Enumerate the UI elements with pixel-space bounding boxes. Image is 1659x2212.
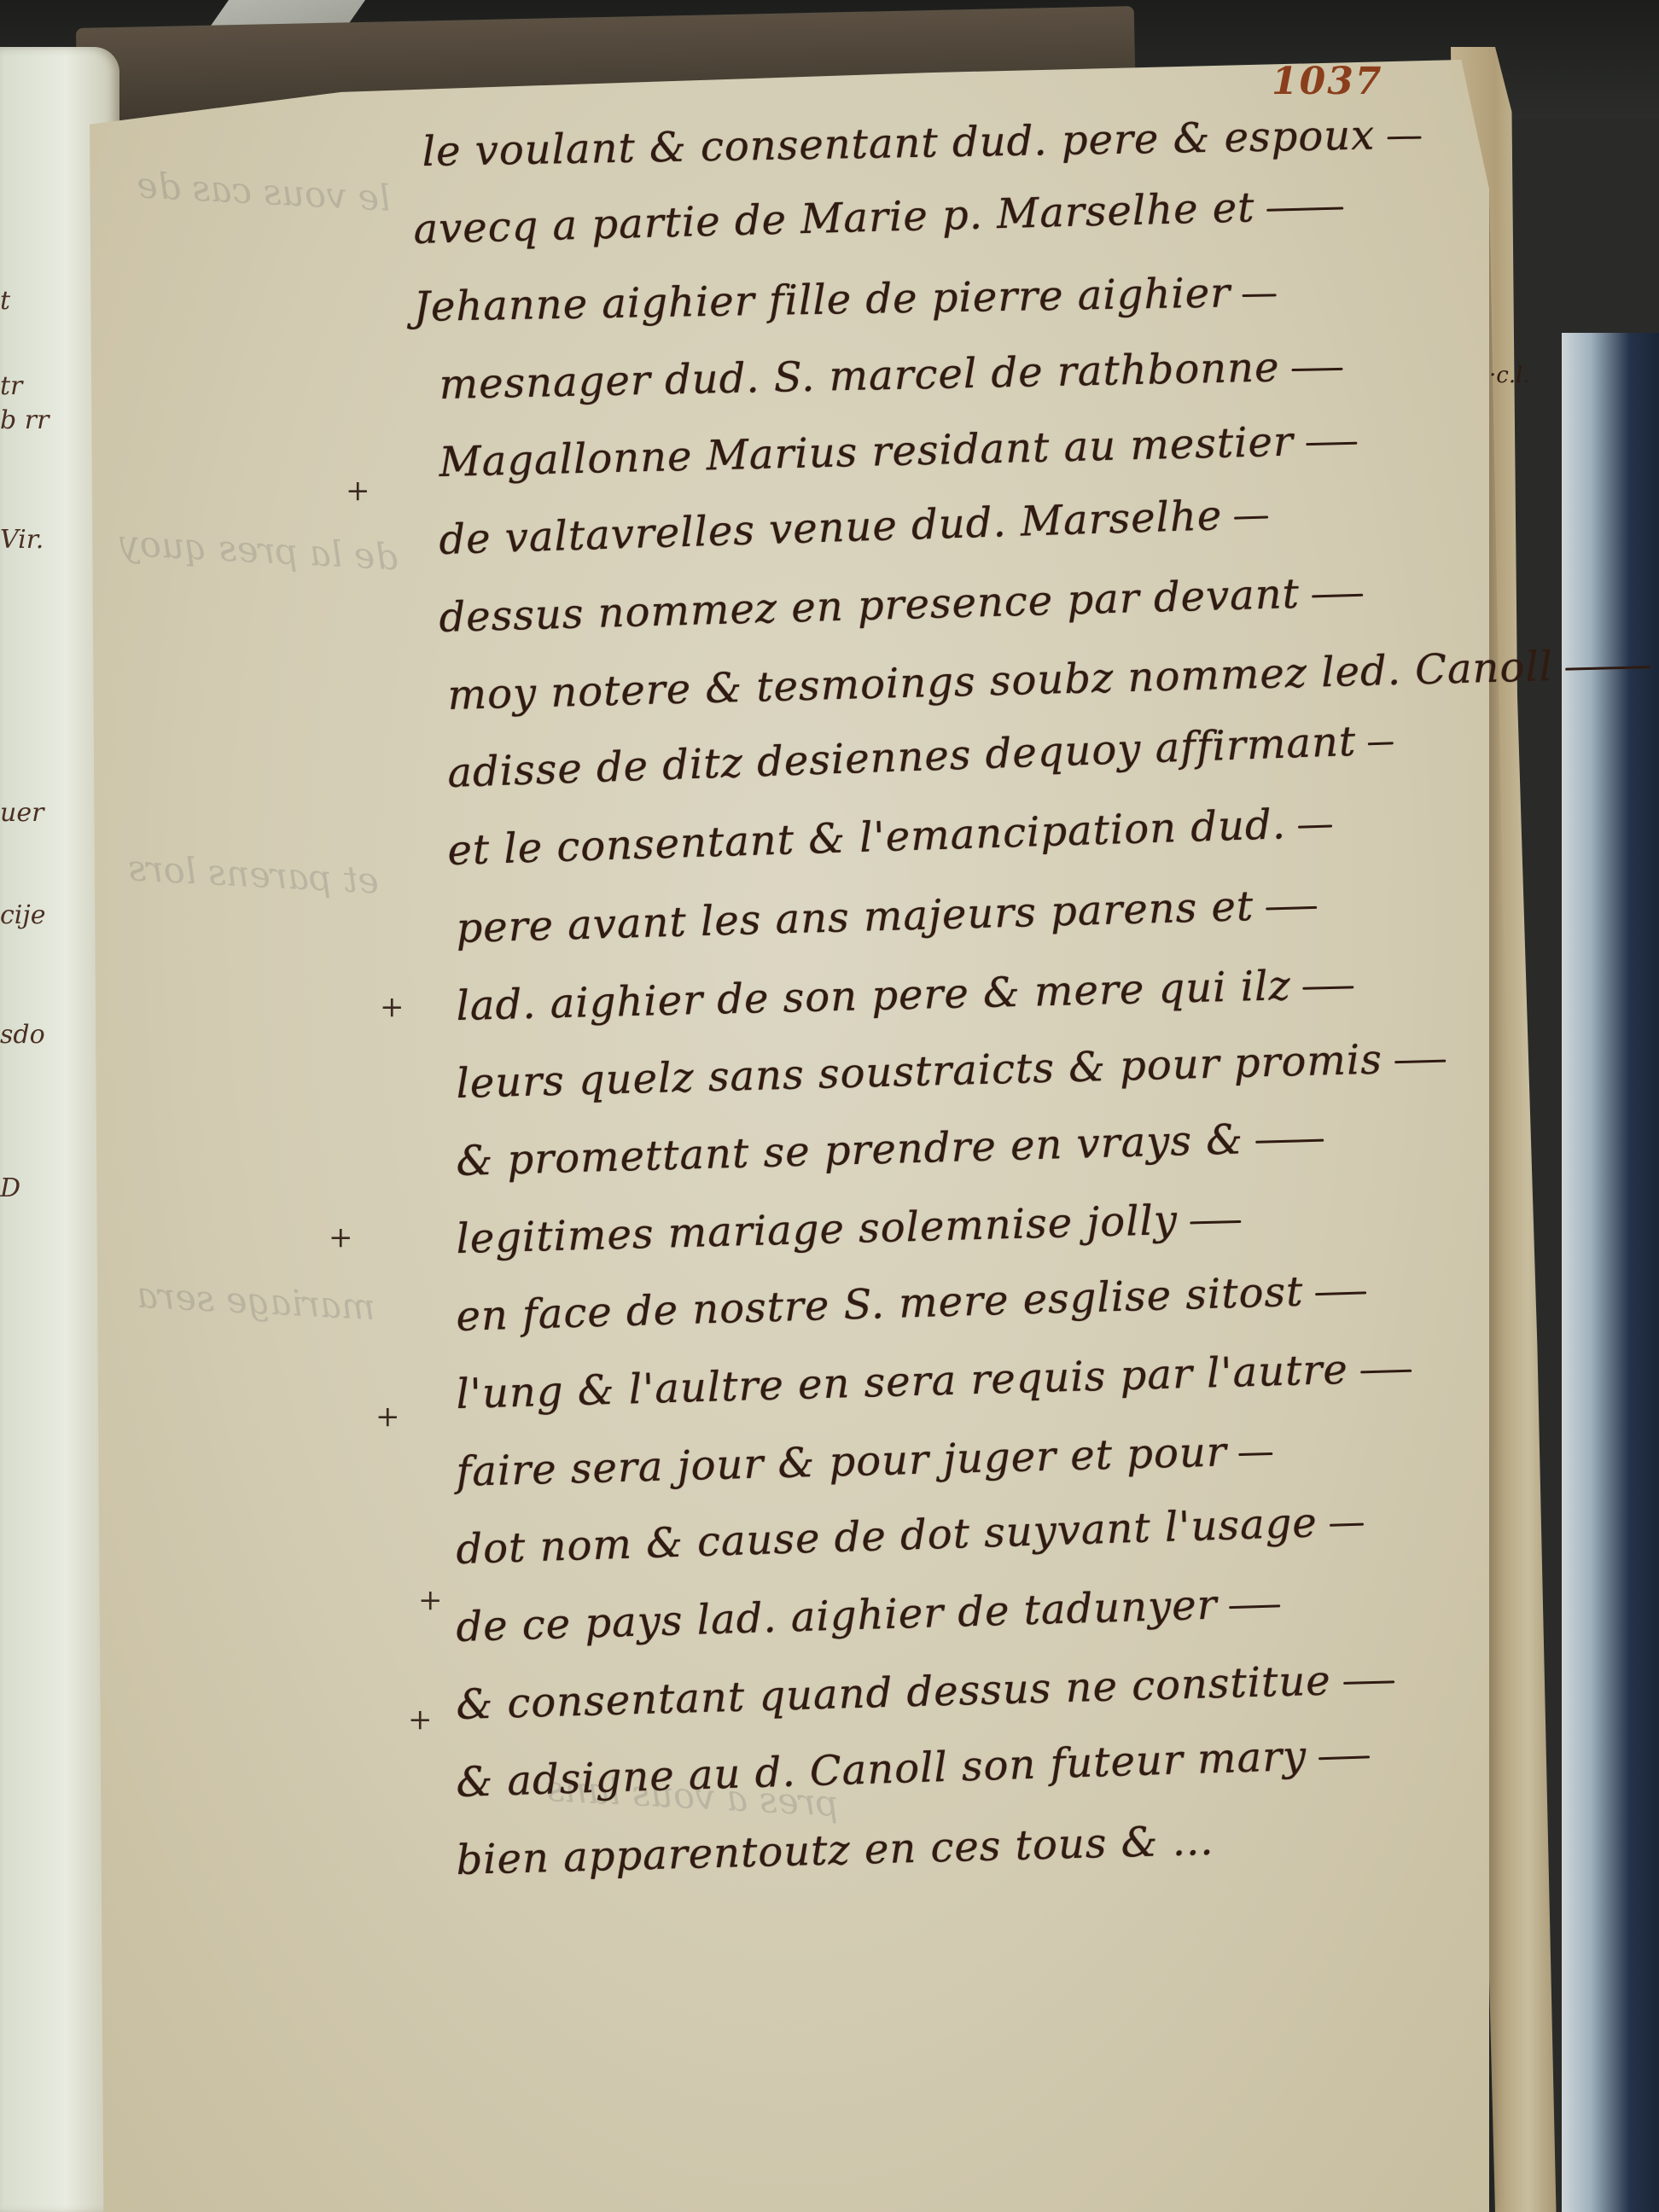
margin-cross: + xyxy=(380,990,405,1024)
left-fragment: b rr xyxy=(0,405,49,435)
margin-cross: + xyxy=(346,474,370,508)
margin-cross: + xyxy=(375,1400,400,1434)
left-fragment: D xyxy=(0,1173,20,1203)
margin-cross: + xyxy=(329,1220,353,1254)
folio-number: 1037 xyxy=(1272,60,1382,103)
left-fragment: sdo xyxy=(0,1020,45,1050)
left-fragment: tr xyxy=(0,371,22,401)
left-fragment: t xyxy=(0,286,10,316)
left-fragment: uer xyxy=(0,798,44,828)
left-fragment: Vir. xyxy=(0,525,44,555)
left-fragment: cije xyxy=(0,900,45,930)
manuscript-text-block: le voulant & consentant dud. pere & espo… xyxy=(422,128,1549,1914)
